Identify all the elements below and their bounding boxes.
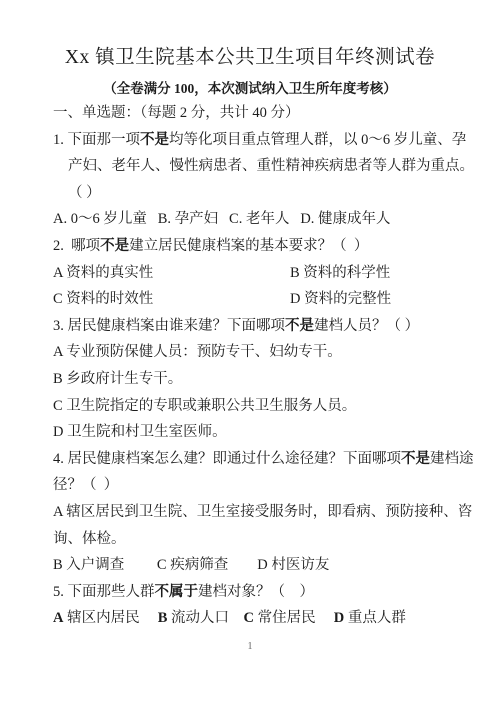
q5-option-c-text: 常住居民 [254, 610, 334, 626]
q5-option-a-text: 辖区内居民 [63, 610, 157, 626]
question-2-options-row-1: A 资料的真实性B 资料的科学性 [0, 260, 500, 287]
q5-option-d-letter: D [334, 610, 344, 626]
q5-option-a-letter: A [53, 610, 63, 626]
q2-option-a: A 资料的真实性 [53, 260, 290, 287]
q2-option-b: B 资料的科学性 [290, 260, 390, 287]
q4-bold-not: 不是 [401, 451, 430, 467]
question-3-option-b: B 乡政府计生专干。 [0, 366, 500, 393]
q5-option-b-letter: B [158, 610, 168, 626]
q1-bold-not: 不是 [140, 132, 169, 148]
q5-text: 5. 下面那些人群 [53, 584, 155, 600]
q4-text-cont: 建档途 [430, 451, 474, 467]
section-heading: 一、单选题：（每题 2 分，共计 40 分） [0, 100, 500, 127]
question-4-line-2: 径？（ ） [0, 472, 500, 499]
question-4-option-a-line-1: A 辖区居民到卫生院、卫生室接受服务时，即看病、预防接种、咨 [0, 499, 500, 526]
q3-text: 3. 居民健康档案由谁来建？下面哪项 [53, 318, 285, 334]
question-1-options: A. 0～6 岁儿童 B. 孕产妇 C. 老年人 D. 健康成年人 [0, 206, 500, 233]
question-3-option-d: D 卫生院和村卫生室医师。 [0, 419, 500, 446]
q2-option-c: C 资料的时效性 [53, 286, 290, 313]
question-4-options-bcd: B 入户调查 C 疾病筛查 D 村医访友 [0, 552, 500, 579]
question-3-option-a: A 专业预防保健人员：预防专干、妇幼专干。 [0, 339, 500, 366]
page-title: Xx 镇卫生院基本公共卫生项目年终测试卷 [0, 44, 500, 72]
q3-bold-not: 不是 [285, 318, 314, 334]
question-4-line-1: 4. 居民健康档案怎么建？即通过什么途径建？下面哪项不是建档途 [0, 446, 500, 473]
q2-text: 2. 哪项 [53, 238, 100, 254]
q2-text-cont: 建立居民健康档案的基本要求？（ ） [129, 238, 368, 254]
question-4-option-a-line-2: 询、体检。 [0, 526, 500, 553]
q5-option-b-text: 流动人口 [167, 610, 243, 626]
question-1-line-1: 1. 下面那一项不是均等化项目重点管理人群，以 0～6 岁儿童、孕 [0, 127, 500, 154]
q2-bold-not: 不是 [100, 238, 129, 254]
question-2-line: 2. 哪项不是建立居民健康档案的基本要求？（ ） [0, 233, 500, 260]
question-2-options-row-2: C 资料的时效性D 资料的完整性 [0, 286, 500, 313]
q1-text-cont: 均等化项目重点管理人群，以 0～6 岁儿童、孕 [169, 132, 466, 148]
test-paper-page: Xx 镇卫生院基本公共卫生项目年终测试卷 （全卷满分 100，本次测试纳入卫生所… [0, 0, 500, 707]
q4-text: 4. 居民健康档案怎么建？即通过什么途径建？下面哪项 [53, 451, 401, 467]
q1-text: 1. 下面那一项 [53, 132, 140, 148]
q5-option-d-text: 重点人群 [344, 610, 406, 626]
question-5-line: 5. 下面那些人群不属于建档对象？（ ） [0, 579, 500, 606]
page-subtitle: （全卷满分 100，本次测试纳入卫生所年度考核） [0, 80, 500, 98]
question-5-options: A 辖区内居民 B 流动人口 C 常住居民 D 重点人群 [0, 605, 500, 632]
page-number: 1 [0, 640, 500, 654]
q2-option-d: D 资料的完整性 [290, 286, 391, 313]
question-3-line: 3. 居民健康档案由谁来建？下面哪项不是建档人员？（ ） [0, 313, 500, 340]
q5-bold-not-belong: 不属于 [155, 584, 199, 600]
q5-option-c-letter: C [244, 610, 254, 626]
question-3-option-c: C 卫生院指定的专职或兼职公共卫生服务人员。 [0, 393, 500, 420]
question-1-answer-blank: （ ） [0, 180, 500, 207]
question-list: 一、单选题：（每题 2 分，共计 40 分） 1. 下面那一项不是均等化项目重点… [0, 100, 500, 632]
q3-text-cont: 建档人员？（ ） [314, 318, 419, 334]
q5-text-cont: 建档对象？（ ） [198, 584, 314, 600]
question-1-line-2: 产妇、老年人、慢性病患者、重性精神疾病患者等人群为重点。 [0, 153, 500, 180]
